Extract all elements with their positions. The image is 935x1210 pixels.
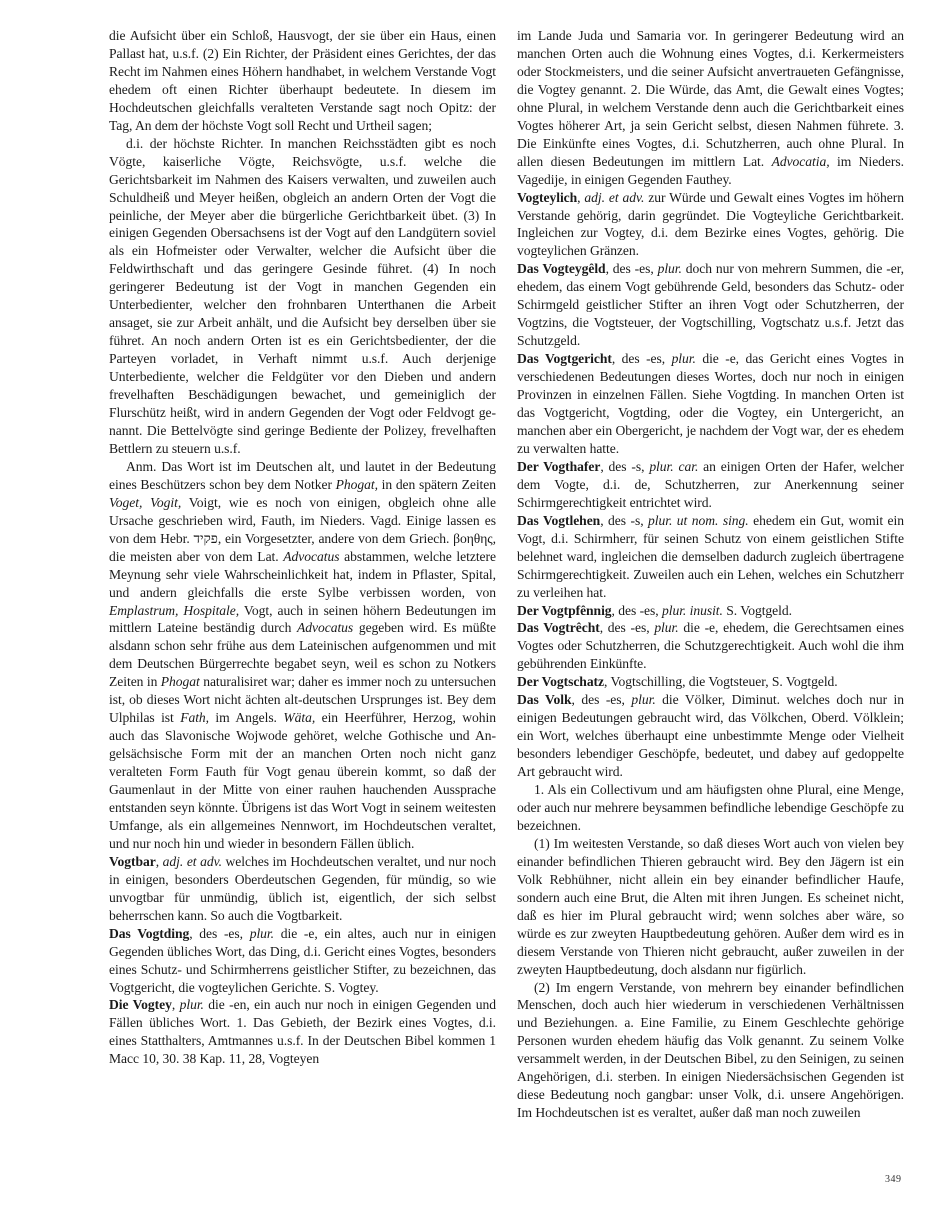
italic-term: Phogat,: [336, 477, 378, 492]
text-run: in den spätern Zeiten: [378, 477, 496, 492]
entry-vogtlehen: Das Vogtlehen, des -s, plur. ut nom. sin…: [517, 512, 904, 602]
separator: ,: [172, 997, 180, 1012]
entry-volk: Das Volk, des -es, plur. die Völker, Dim…: [517, 691, 904, 781]
headword: Das Vogtlehen: [517, 513, 600, 528]
italic-term: Fath,: [180, 710, 209, 725]
entry-vogteygeld: Das Vogteygêld, des -es, plur. doch nur …: [517, 260, 904, 350]
text-run: im Lande Juda und Samaria vor. In gering…: [517, 28, 904, 169]
separator: , des -es,: [612, 351, 672, 366]
headword: Die Vogtey: [109, 997, 172, 1012]
entry-vogtpfennig: Der Vogtpfênnig, des -es, plur. inusit. …: [517, 602, 904, 620]
entry-vogtrecht: Das Vogtrêcht, des -es, plur. die -e, eh…: [517, 619, 904, 673]
vogtey-continuation-paragraph: im Lande Juda und Samaria vor. In gering…: [517, 27, 904, 189]
grammar-note: plur. car.: [649, 459, 698, 474]
grammar-note: plur.: [654, 620, 678, 635]
vogt-annotation-paragraph: Anm. Das Wort ist im Deutschen alt, und …: [109, 458, 496, 853]
vogt-meanings-paragraph: d.i. der höchste Richter. In manchen Rei…: [109, 135, 496, 458]
italic-term: Advocatia,: [772, 154, 830, 169]
volk-sense-1-2: (2) Im engern Verstande, von mehrern bey…: [517, 979, 904, 1123]
text-run: im Angels.: [209, 710, 283, 725]
separator: ,: [156, 854, 163, 869]
italic-term: Emplastrum, Hospitale,: [109, 603, 239, 618]
separator: , des -es,: [189, 926, 250, 941]
headword: Vogteylich: [517, 190, 577, 205]
separator: , des -es,: [572, 692, 632, 707]
italic-term: Voget, Vogit,: [109, 495, 181, 510]
entry-vogtding: Das Vogtding, des -es, plur. die -e, ein…: [109, 925, 496, 997]
grammar-note: plur.: [631, 692, 655, 707]
vogt-continuation-paragraph: die Aufsicht über ein Schloß, Hausvogt, …: [109, 27, 496, 135]
entry-vogtey: Die Vogtey, plur. die -en, ein auch nur …: [109, 996, 496, 1068]
volk-sense-1: 1. Als ein Collectivum und am häufigsten…: [517, 781, 904, 835]
italic-term: Wäta,: [283, 710, 315, 725]
grammar-note: plur.: [672, 351, 696, 366]
right-column: im Lande Juda und Samaria vor. In gering…: [517, 27, 904, 1122]
grammar-note: plur.: [658, 261, 682, 276]
headword: Der Vogthafer: [517, 459, 600, 474]
grammar-note: plur.: [180, 997, 204, 1012]
separator: , des -s,: [600, 513, 648, 528]
grammar-note: plur. ut nom. sing.: [648, 513, 749, 528]
headword: Vogtbar: [109, 854, 156, 869]
page-number: 349: [885, 1174, 902, 1185]
left-column: die Aufsicht über ein Schloß, Hausvogt, …: [109, 27, 496, 1068]
headword: Der Vogtpfênnig: [517, 603, 612, 618]
definition: die -e, das Gericht eines Vogtes in vers…: [517, 351, 904, 456]
entry-vogthafer: Der Vogthafer, des -s, plur. car. an ein…: [517, 458, 904, 512]
separator: , des -es,: [600, 620, 655, 635]
grammar-note: plur.: [250, 926, 274, 941]
grammar-note: plur. inusit.: [662, 603, 723, 618]
entry-vogtbar: Vogtbar, adj. et adv. welches im Hochdeu…: [109, 853, 496, 925]
definition: S. Vogtgeld.: [723, 603, 792, 618]
text-run: ein Heerführer, Herzog, wohin auch das S…: [109, 710, 496, 851]
dictionary-page: die Aufsicht über ein Schloß, Hausvogt, …: [0, 0, 935, 1210]
headword: Das Vogtgericht: [517, 351, 612, 366]
headword: Das Volk: [517, 692, 572, 707]
separator: , des -s,: [600, 459, 649, 474]
grammar-note: adj. et adv.: [163, 854, 222, 869]
entry-vogtgericht: Das Vogtgericht, des -es, plur. die -e, …: [517, 350, 904, 458]
headword: Der Vogtschatz: [517, 674, 604, 689]
entry-vogteylich: Vogteylich, adj. et adv. zur Würde und G…: [517, 189, 904, 261]
volk-sense-1-1: (1) Im weitesten Verstande, so daß diese…: [517, 835, 904, 979]
headword: Das Vogtding: [109, 926, 189, 941]
grammar-note: adj. et adv.: [584, 190, 644, 205]
italic-term: Advocatus: [283, 549, 339, 564]
headword: Das Vogteygêld: [517, 261, 606, 276]
definition: Vogtschilling, die Vogtsteuer, S. Vogtge…: [610, 674, 837, 689]
headword: Das Vogtrêcht: [517, 620, 600, 635]
separator: , des -es,: [606, 261, 658, 276]
separator: , des -es,: [612, 603, 662, 618]
italic-term: Phogat: [161, 674, 200, 689]
entry-vogtschatz: Der Vogtschatz, Vogtschilling, die Vogts…: [517, 673, 904, 691]
italic-term: Advocatus: [297, 620, 353, 635]
